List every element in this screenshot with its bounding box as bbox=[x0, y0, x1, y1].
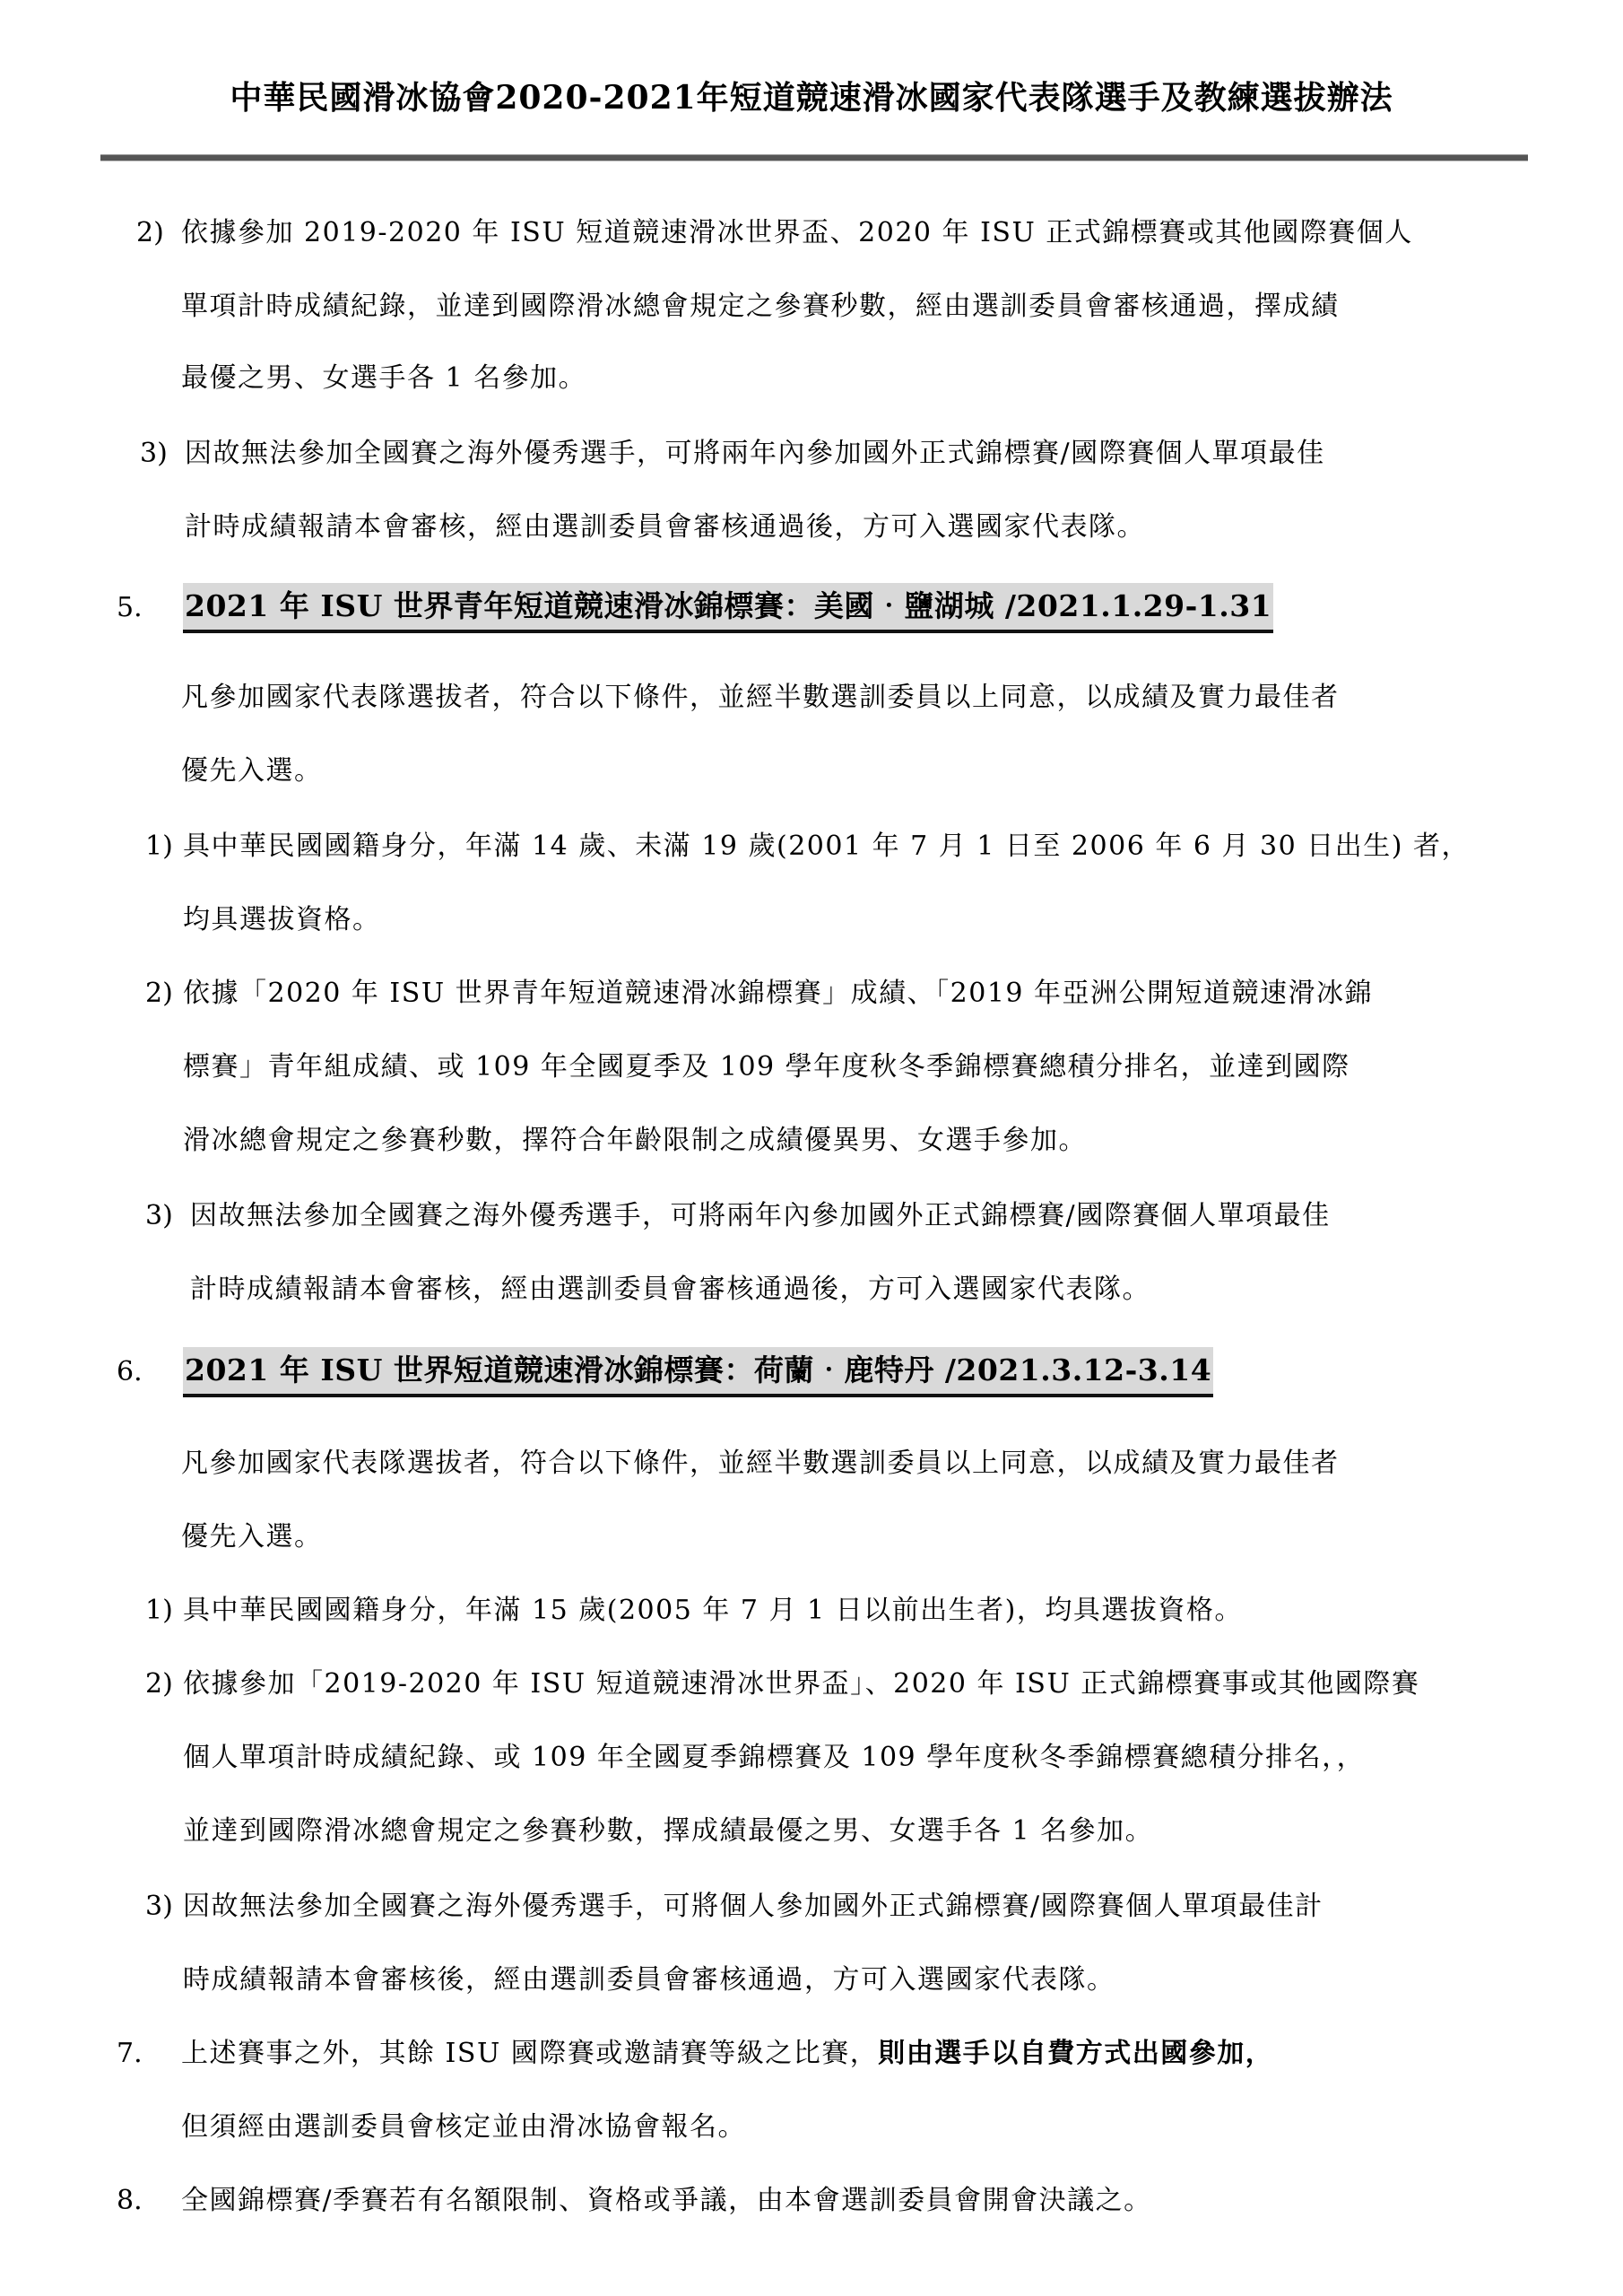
section-number: 5. bbox=[117, 588, 143, 628]
item-text-line: 時成績報請本會審核後，經由選訓委員會審核通過，方可入選國家代表隊。 bbox=[183, 1961, 1115, 2000]
item-text-line: 依據參加「2019-2020 年 ISU 短道競速滑冰世界盃」、2020 年 I… bbox=[183, 1665, 1419, 1704]
item-text-line: 但須經由選訓委員會核定並由滑冰協會報名。 bbox=[181, 2108, 746, 2147]
section-number: 6. bbox=[117, 1352, 143, 1392]
section-heading: 2021 年 ISU 世界短道競速滑冰錦標賽：荷蘭‧鹿特丹 /2021.3.12… bbox=[183, 1347, 1213, 1397]
item-marker: 3) bbox=[140, 434, 168, 474]
section-heading: 2021 年 ISU 世界青年短道競速滑冰錦標賽：美國‧鹽湖城 /2021.1.… bbox=[183, 583, 1273, 633]
item-marker: 1) bbox=[145, 1591, 173, 1631]
item-text-line: 滑冰總會規定之參賽秒數，擇符合年齡限制之成績優異男、女選手參加。 bbox=[183, 1121, 1087, 1161]
item-text-emphasis: 則由選手以自費方式出國參加， bbox=[878, 2038, 1273, 2069]
item-text-line: 單項計時成績紀錄，並達到國際滑冰總會規定之參賽秒數，經由選訓委員會審核通過，擇成… bbox=[181, 287, 1340, 326]
item-marker: 3) bbox=[145, 1887, 173, 1926]
item-text-line: 全國錦標賽/季賽若有名額限制、資格或爭議，由本會選訓委員會開會決議之。 bbox=[181, 2181, 1152, 2221]
item-text-line: 標賽」青年組成績、或 109 年全國夏季及 109 學年度秋冬季錦標賽總積分排名… bbox=[183, 1048, 1350, 1087]
item-marker: 2) bbox=[136, 213, 164, 253]
item-text-regular: 上述賽事之外，其餘 ISU 國際賽或邀請賽等級之比賽， bbox=[181, 2038, 878, 2069]
item-text-line: 計時成績報請本會審核，經由選訓委員會審核通過後，方可入選國家代表隊。 bbox=[185, 508, 1145, 547]
item-text-line: 因故無法參加全國賽之海外優秀選手，可將兩年內參加國外正式錦標賽/國際賽個人單項最… bbox=[190, 1196, 1331, 1236]
section-intro-line: 凡參加國家代表隊選拔者，符合以下條件，並經半數選訓委員以上同意，以成績及實力最佳… bbox=[181, 678, 1340, 717]
item-text-line: 具中華民國國籍身分，年滿 15 歲(2005 年 7 月 1 日以前出生者)，均… bbox=[183, 1591, 1243, 1631]
item-text-line: 因故無法參加全國賽之海外優秀選手，可將個人參加國外正式錦標賽/國際賽個人單項最佳… bbox=[183, 1887, 1324, 1926]
item-text-line: 依據參加 2019-2020 年 ISU 短道競速滑冰世界盃、2020 年 IS… bbox=[181, 213, 1413, 253]
item-text-line: 並達到國際滑冰總會規定之參賽秒數，擇成績最優之男、女選手各 1 名參加。 bbox=[183, 1812, 1153, 1851]
item-text-line: 上述賽事之外，其餘 ISU 國際賽或邀請賽等級之比賽，則由選手以自費方式出國參加… bbox=[181, 2034, 1273, 2074]
section-number: 8. bbox=[117, 2181, 143, 2221]
document-title: 中華民國滑冰協會2020-2021年短道競速滑冰國家代表隊選手及教練選拔辦法 bbox=[0, 75, 1623, 120]
item-text-line: 因故無法參加全國賽之海外優秀選手，可將兩年內參加國外正式錦標賽/國際賽個人單項最… bbox=[185, 434, 1325, 474]
item-text-line: 個人單項計時成績紀錄、或 109 年全國夏季錦標賽及 109 學年度秋冬季錦標賽… bbox=[183, 1738, 1365, 1778]
header-divider bbox=[100, 154, 1528, 161]
item-text-line: 最優之男、女選手各 1 名參加。 bbox=[181, 359, 586, 398]
item-marker: 3) bbox=[145, 1196, 173, 1236]
item-marker: 2) bbox=[145, 974, 173, 1013]
section-intro-line: 凡參加國家代表隊選拔者，符合以下條件，並經半數選訓委員以上同意，以成績及實力最佳… bbox=[181, 1444, 1340, 1483]
item-text-line: 依據「2020 年 ISU 世界青年短道競速滑冰錦標賽」成績、「2019 年亞洲… bbox=[183, 974, 1373, 1013]
section-number: 7. bbox=[117, 2034, 143, 2074]
item-marker: 1) bbox=[145, 827, 173, 866]
item-text-line: 具中華民國國籍身分，年滿 14 歲、未滿 19 歲(2001 年 7 月 1 日… bbox=[183, 827, 1470, 866]
section-intro-line: 優先入選。 bbox=[181, 752, 323, 791]
item-marker: 2) bbox=[145, 1665, 173, 1704]
item-text-line: 均具選拔資格。 bbox=[183, 900, 381, 940]
section-intro-line: 優先入選。 bbox=[181, 1518, 323, 1557]
item-text-line: 計時成績報請本會審核，經由選訓委員會審核通過後，方可入選國家代表隊。 bbox=[190, 1270, 1150, 1309]
